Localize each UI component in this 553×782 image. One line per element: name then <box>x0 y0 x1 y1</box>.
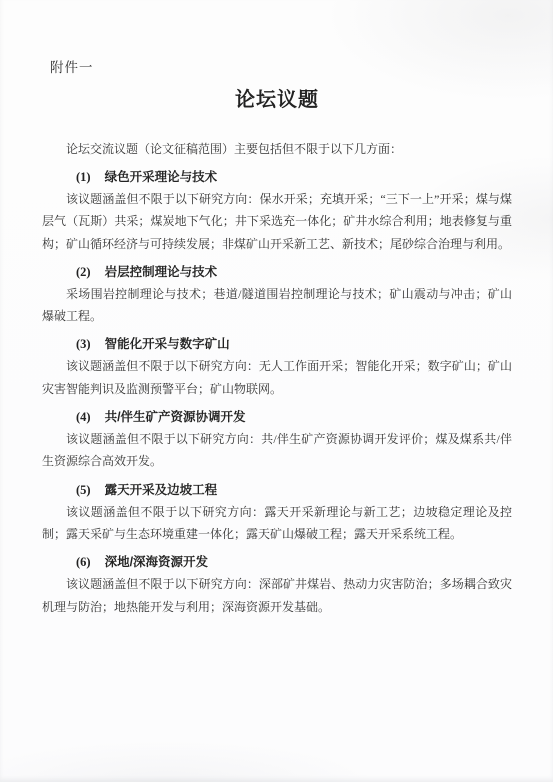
section-3: (3)智能化开采与数字矿山 该议题涵盖但不限于以下研究方向：无人工作面开采；智能… <box>42 333 512 400</box>
scanned-document-page: 附件一 论坛议题 论坛交流议题（论文征稿范围）主要包括但不限于以下几方面： (1… <box>42 0 512 618</box>
section-title: 共/伴生矿产资源协调开发 <box>105 410 246 424</box>
section-number: (3) <box>76 333 91 355</box>
section-heading: (2)岩层控制理论与技术 <box>42 261 512 283</box>
section-heading: (6)深地/深海资源开发 <box>42 551 512 573</box>
section-body: 该议题涵盖但不限于以下研究方向：露天开采新理论与新工艺；边坡稳定理论及控制；露天… <box>42 501 512 546</box>
intro-paragraph: 论坛交流议题（论文征稿范围）主要包括但不限于以下几方面： <box>42 138 512 160</box>
section-body: 该议题涵盖但不限于以下研究方向：无人工作面开采；智能化开采；数字矿山；矿山灾害智… <box>42 355 512 400</box>
section-title: 智能化开采与数字矿山 <box>105 337 230 351</box>
section-number: (5) <box>76 479 91 501</box>
section-6: (6)深地/深海资源开发 该议题涵盖但不限于以下研究方向：深部矿井煤岩、热动力灾… <box>42 551 512 618</box>
page-title: 论坛议题 <box>42 86 512 114</box>
section-title: 露天开采及边坡工程 <box>105 483 218 497</box>
section-2: (2)岩层控制理论与技术 采场围岩控制理论与技术；巷道/隧道围岩控制理论与技术；… <box>42 261 512 328</box>
section-heading: (1)绿色开采理论与技术 <box>42 166 512 188</box>
section-body: 该议题涵盖但不限于以下研究方向：深部矿井煤岩、热动力灾害防治；多场耦合致灾机理与… <box>42 573 512 618</box>
section-body: 该议题涵盖但不限于以下研究方向：保水开采；充填开采；“三下一上”开采；煤与煤层气… <box>42 188 512 255</box>
section-body: 该议题涵盖但不限于以下研究方向：共/伴生矿产资源协调开发评价；煤及煤系共/伴生资… <box>42 428 512 473</box>
section-title: 岩层控制理论与技术 <box>105 265 218 279</box>
section-number: (1) <box>76 166 91 188</box>
section-heading: (4)共/伴生矿产资源协调开发 <box>42 406 512 428</box>
section-5: (5)露天开采及边坡工程 该议题涵盖但不限于以下研究方向：露天开采新理论与新工艺… <box>42 479 512 546</box>
section-number: (6) <box>76 551 91 573</box>
section-heading: (5)露天开采及边坡工程 <box>42 479 512 501</box>
section-title: 深地/深海资源开发 <box>105 555 208 569</box>
section-4: (4)共/伴生矿产资源协调开发 该议题涵盖但不限于以下研究方向：共/伴生矿产资源… <box>42 406 512 473</box>
section-heading: (3)智能化开采与数字矿山 <box>42 333 512 355</box>
section-title: 绿色开采理论与技术 <box>105 170 218 184</box>
section-body: 采场围岩控制理论与技术；巷道/隧道围岩控制理论与技术；矿山震动与冲击；矿山爆破工… <box>42 283 512 328</box>
section-number: (2) <box>76 261 91 283</box>
section-number: (4) <box>76 406 91 428</box>
attachment-label: 附件一 <box>42 58 512 78</box>
section-1: (1)绿色开采理论与技术 该议题涵盖但不限于以下研究方向：保水开采；充填开采；“… <box>42 166 512 255</box>
